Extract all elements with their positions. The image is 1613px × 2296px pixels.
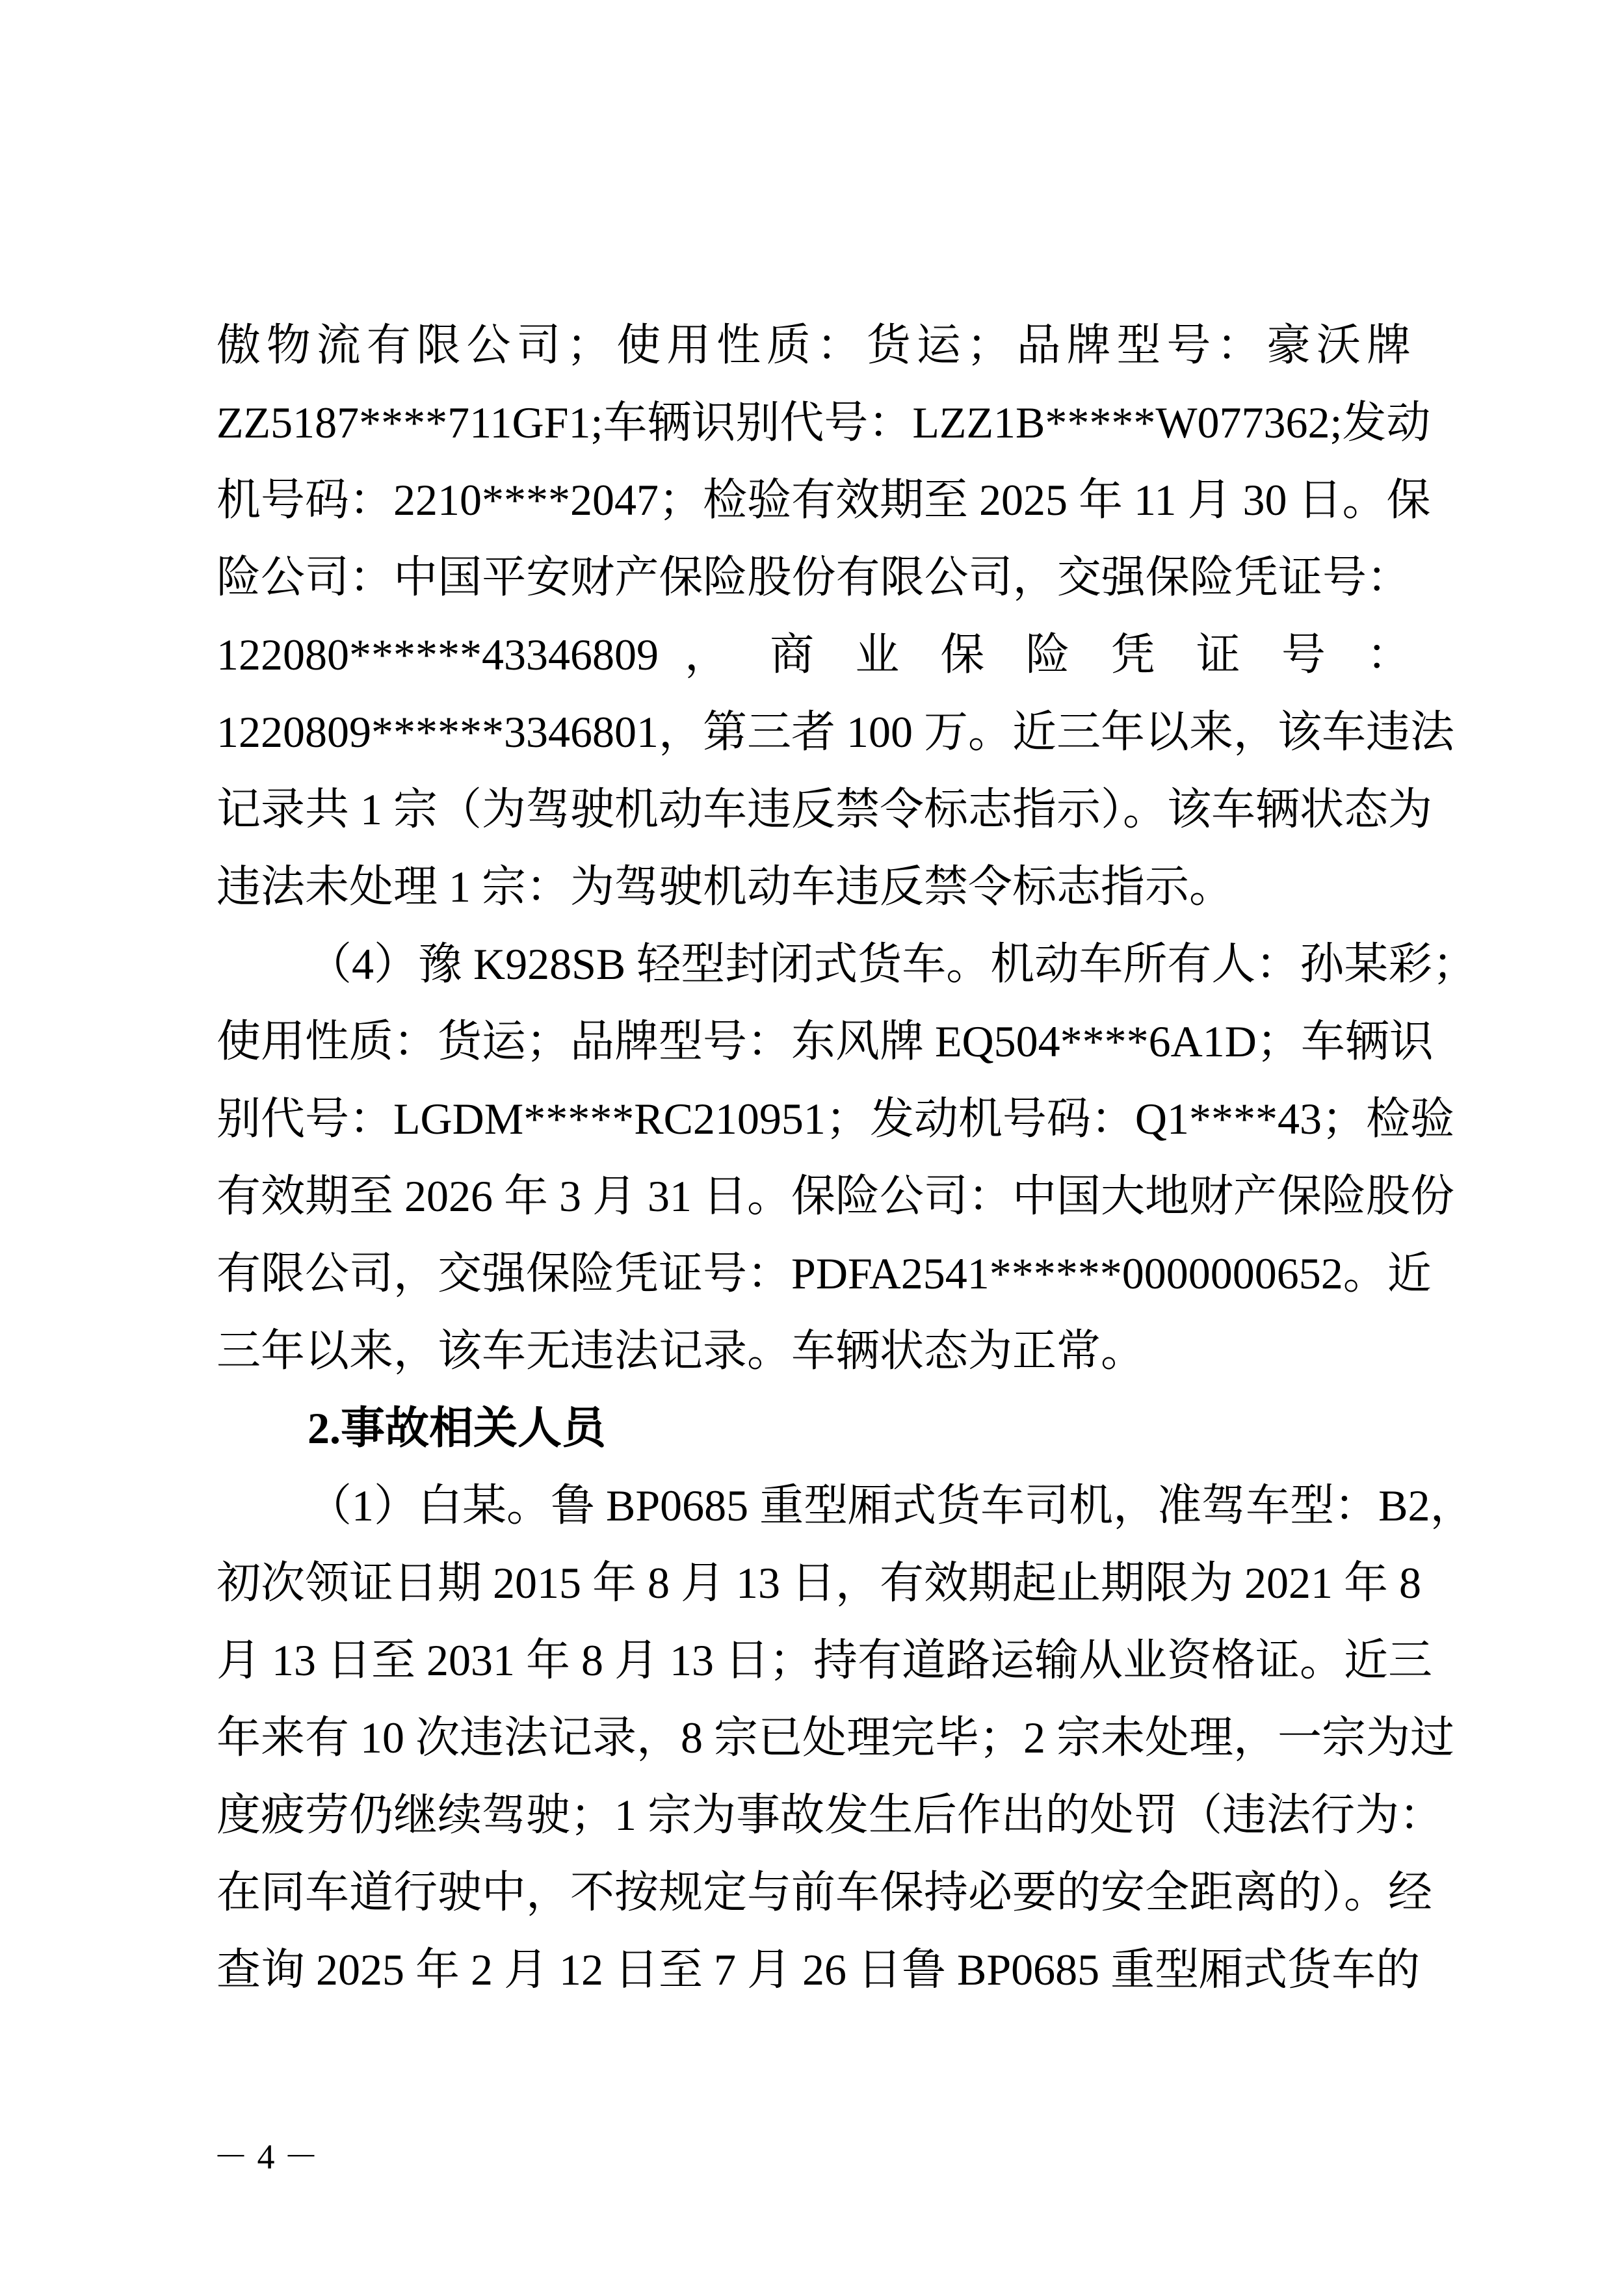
text-line: 傲物流有限公司；使用性质：货运；品牌型号：豪沃牌 (216, 307, 1411, 384)
text-line: （4）豫 K928SB 轻型封闭式货车。机动车所有人：孙某彩； (308, 926, 1411, 1003)
text-line: 初次领证日期 2015 年 8 月 13 日，有效期起止期限为 2021 年 8 (216, 1545, 1411, 1622)
text-line: 险公司：中国平安财产保险股份有限公司，交强保险凭证号： (216, 539, 1411, 616)
text-line: 有限公司，交强保险凭证号：PDFA2541******0000000652。近 (216, 1235, 1411, 1312)
text-line: 三年以来，该车无违法记录。车辆状态为正常。 (216, 1312, 1411, 1390)
text-line: 违法未处理 1 宗：为驾驶机动车违反禁令标志指示。 (216, 848, 1411, 926)
text-line: （1）白某。鲁 BP0685 重型厢式货车司机，准驾车型：B2， (308, 1467, 1411, 1545)
text-line: 月 13 日至 2031 年 8 月 13 日；持有道路运输从业资格证。近三 (216, 1622, 1411, 1699)
text-line: 记录共 1 宗（为驾驶机动车违反禁令标志指示）。该车辆状态为 (216, 771, 1411, 848)
text-line: 使用性质：货运；品牌型号：东风牌 EQ504****6A1D；车辆识 (216, 1003, 1411, 1080)
text-line: 机号码：2210****2047；检验有效期至 2025 年 11 月 30 日… (216, 462, 1411, 539)
text-line: 年来有 10 次违法记录，8 宗已处理完毕；2 宗未处理，一宗为过 (216, 1699, 1411, 1777)
text-line: 1220809******3346801，第三者 100 万。近三年以来，该车违… (216, 694, 1411, 771)
section-heading: 2.事故相关人员 (308, 1390, 1411, 1467)
text-line: 查询 2025 年 2 月 12 日至 7 月 26 日鲁 BP0685 重型厢… (216, 1931, 1411, 2009)
page-number: － 4 － (213, 2131, 319, 2183)
text-line: 度疲劳仍继续驾驶；1 宗为事故发生后作出的处罚（违法行为： (216, 1777, 1411, 1854)
text-line: 别代号：LGDM*****RC210951；发动机号码：Q1****43；检验 (216, 1080, 1411, 1158)
text-line: ZZ5187****711GF1;车辆识别代号：LZZ1B*****W07736… (216, 384, 1411, 462)
document-page: 傲物流有限公司；使用性质：货运；品牌型号：豪沃牌 ZZ5187****711GF… (0, 0, 1613, 2296)
text-line: 122080******43346809 ， 商 业 保 险 凭 证 号 ： (216, 616, 1411, 694)
text-line: 在同车道行驶中，不按规定与前车保持必要的安全距离的）。经 (216, 1854, 1411, 1931)
text-line: 有效期至 2026 年 3 月 31 日。保险公司：中国大地财产保险股份 (216, 1158, 1411, 1235)
